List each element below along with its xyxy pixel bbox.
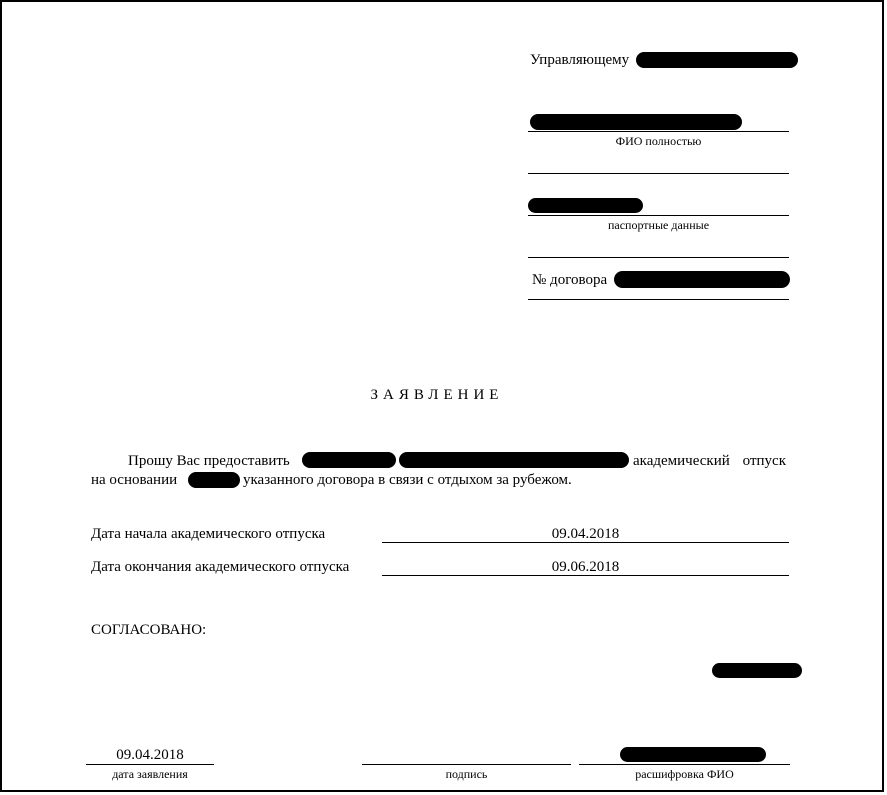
approval-label: СОГЛАСОВАНО: [91, 621, 206, 639]
redacted-body-3 [188, 472, 240, 488]
contract-label: № договора [532, 271, 607, 289]
start-date-label: Дата начала академического отпуска [91, 525, 325, 543]
application-date-value: 09.04.2018 [86, 746, 214, 764]
passport-line [528, 215, 789, 216]
contract-line [528, 299, 789, 300]
redacted-body-2 [399, 452, 629, 468]
end-date-label: Дата окончания академического отпуска [91, 558, 349, 576]
body-line1-end: академический отпуск [633, 452, 786, 470]
passport-line-2 [528, 257, 789, 258]
redacted-approver [712, 663, 802, 678]
start-date-line [382, 542, 789, 543]
body-line2-start: на основании [91, 471, 177, 489]
name-line [579, 764, 790, 765]
redacted-contract [614, 271, 790, 288]
signature-line [362, 764, 571, 765]
fio-line-2 [528, 173, 789, 174]
document-page: Управляющему ФИО полностью паспортные да… [0, 0, 884, 792]
start-date-value: 09.04.2018 [382, 525, 789, 543]
end-date-line [382, 575, 789, 576]
passport-caption: паспортные данные [528, 218, 789, 232]
body-line2-end: указанного договора в связи с отдыхом за… [243, 471, 572, 489]
name-caption: расшифровка ФИО [579, 767, 790, 781]
document-title: ЗАЯВЛЕНИЕ [2, 387, 872, 404]
fio-caption: ФИО полностью [528, 134, 789, 148]
end-date-value: 09.06.2018 [382, 558, 789, 576]
redacted-fio [530, 114, 742, 130]
addressee-label: Управляющему [530, 51, 629, 69]
application-date-line [86, 764, 214, 765]
redacted-passport [528, 198, 643, 213]
redacted-name [620, 747, 766, 762]
signature-caption: подпись [362, 767, 571, 781]
redacted-addressee [636, 52, 798, 68]
application-date-caption: дата заявления [86, 767, 214, 781]
fio-line [528, 131, 789, 132]
body-line1-start: Прошу Вас предоставить [128, 452, 290, 470]
redacted-body-1 [302, 452, 396, 468]
